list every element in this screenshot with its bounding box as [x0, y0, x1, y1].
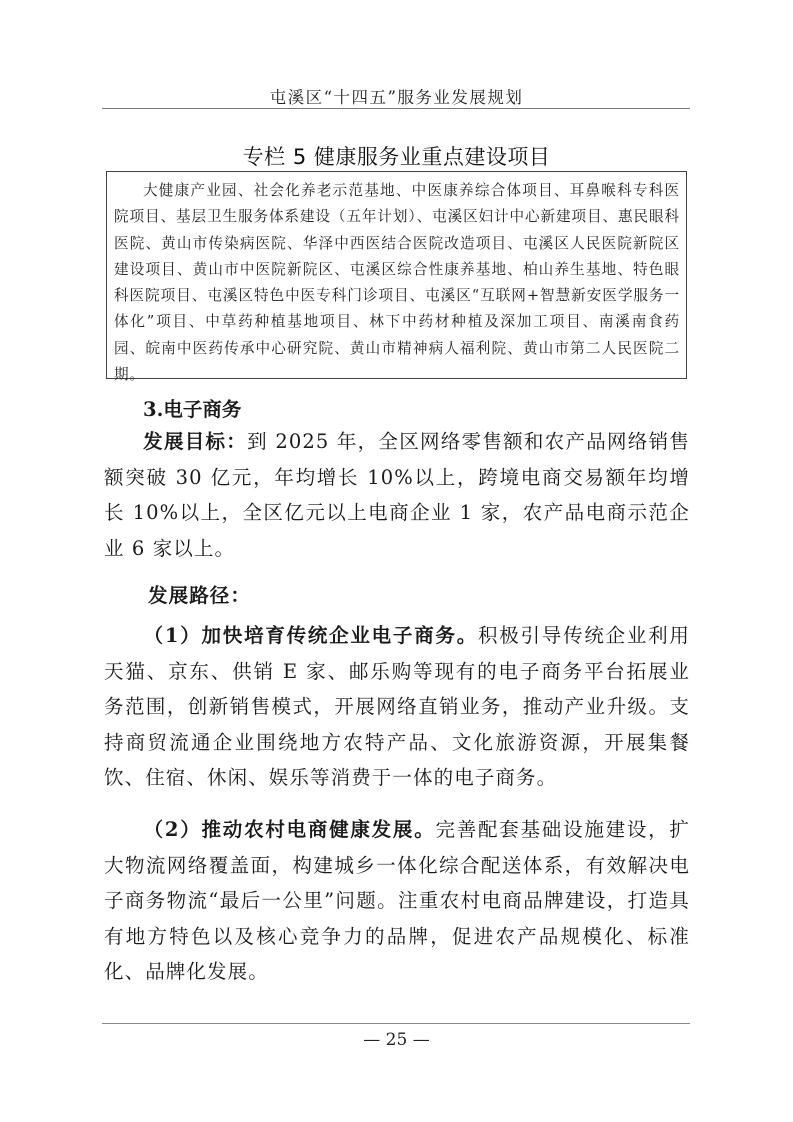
- path-item-title: （1）加快培育传统企业电子商务。: [143, 624, 478, 647]
- path-item-title: （2）推动农村电商健康发展。: [143, 818, 435, 841]
- path-item-2: （2）推动农村电商健康发展。完善配套基础设施建设，扩大物流网络覆盖面，构建城乡一…: [104, 812, 690, 990]
- goal-paragraph: 发展目标：到 2025 年，全区网络零售额和农产品网络销售额突破 30 亿元，年…: [104, 424, 690, 566]
- path-label: 发展路径：: [148, 578, 734, 614]
- header-divider: [102, 108, 690, 109]
- goal-label: 发展目标：: [143, 430, 247, 453]
- path-item-1: （1）加快培育传统企业电子商务。积极引导传统企业利用天猫、京东、供销 E 家、邮…: [104, 618, 690, 796]
- running-header: 屯溪区“十四五”服务业发展规划: [0, 84, 793, 108]
- footer-divider: [102, 1023, 690, 1024]
- page-number: — 25 —: [0, 1030, 793, 1050]
- section-heading: 3.电子商务: [143, 394, 241, 422]
- path-item-text: 完善配套基础设施建设，扩大物流网络覆盖面，构建城乡一体化综合配送体系，有效解决电…: [104, 818, 690, 983]
- path-item-text: 积极引导传统企业利用天猫、京东、供销 E 家、邮乐购等现有的电子商务平台拓展业务…: [104, 624, 690, 789]
- box-content: 大健康产业园、社会化养老示范基地、中医康养综合体项目、耳鼻喉科专科医院项目、基层…: [114, 178, 680, 388]
- project-box: 大健康产业园、社会化养老示范基地、中医康养综合体项目、耳鼻喉科专科医院项目、基层…: [106, 171, 687, 379]
- box-title: 专栏 5 健康服务业重点建设项目: [0, 141, 793, 171]
